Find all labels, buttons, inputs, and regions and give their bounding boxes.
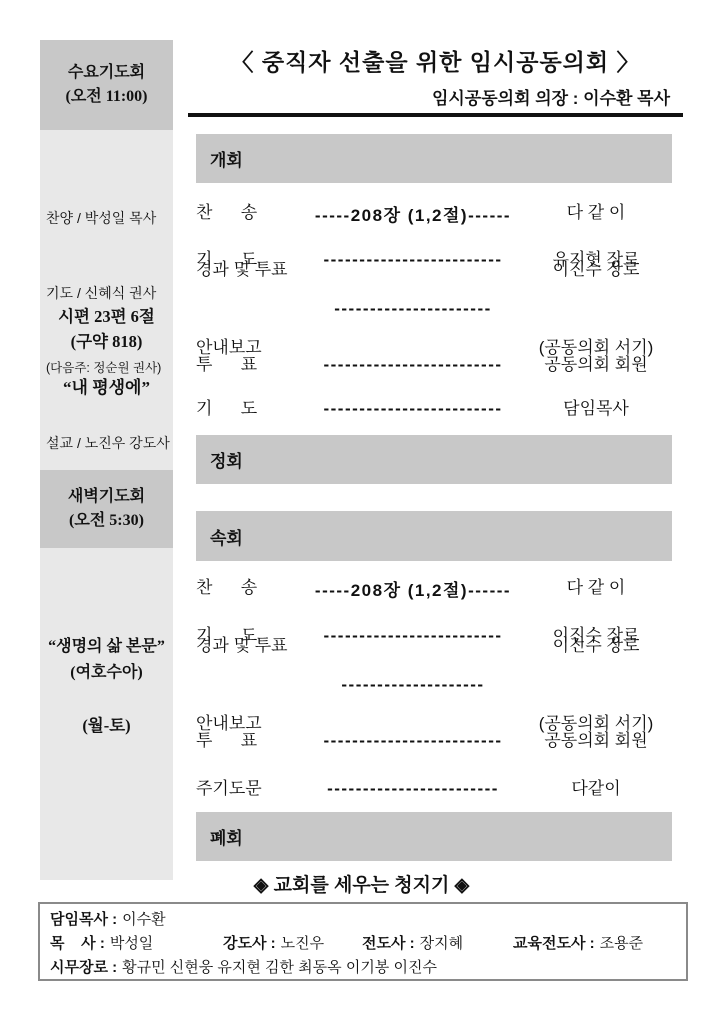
staff-label: 전도사 : [362,935,415,952]
order-row-report: 경과 및 투표 안내보고 ---------------------- 이진수 … [196,283,672,335]
staff-value: 이수환 [122,911,165,928]
bulletin-page: 수요기도회 (오전 11:00) 찬양 / 박성일 목사 기도 / 신혜식 권사… [0,0,723,1024]
order-row-lords-prayer: 주기도문 ------------------------ 다같이 [196,776,672,802]
order-row-value: 이진수 장로 (공동의회 서기) [520,205,672,413]
dawn-days: (월-토) [40,712,173,736]
staff-label: 교육전도사 : [513,935,595,952]
section-bar-resume: 속회 [196,511,672,561]
order-row-dashes: -----208장 (1,2절)------ [306,576,520,601]
order-row-label: 경과 및 투표 안내보고 [196,581,306,789]
order-row-dashes: -----208장 (1,2절)------ [306,201,520,226]
staff-value: 노진우 [281,935,324,952]
order-row-value: 이진수 장로 (공동의회 서기) [520,581,672,789]
scripture-line2: (구약 818) [40,329,173,354]
steward-motto: ◈ 교회를 세우는 청지기 ◈ [0,870,723,897]
order-row-label-line1: 경과 및 투표 [196,257,306,283]
order-row-dashes: ---------------------- [306,299,520,319]
section-bar-recess: 정회 [196,435,672,484]
order-row-label: 경과 및 투표 안내보고 [196,205,306,413]
order-row-label: 투 표 [196,728,306,754]
scripture-reference: 시편 23편 6절 (구약 818) [40,304,173,354]
dawn-reading-line2: (여호수아) [40,660,173,686]
role-sermon: 설교 / 노진우 강도사 [46,431,173,456]
order-row-report: 경과 및 투표 안내보고 -------------------- 이진수 장로… [196,659,672,711]
dawn-reading: “생명의 삶 본문” (여호수아) [40,634,173,686]
staff-row-ministers: 목 사 :박성일 강도사 :노진우 전도사 :장지혜 교육전도사 :조용준 [50,932,686,956]
dawn-prayer-title: 새벽기도회 [68,485,145,509]
order-row-dashes: -------------------- [306,675,520,695]
sidebar: 수요기도회 (오전 11:00) 찬양 / 박성일 목사 기도 / 신혜식 권사… [40,40,173,880]
staff-label: 시무장로 : [50,959,117,976]
order-row-dashes: ------------------------ [306,779,520,799]
order-row-label: 투 표 [196,352,306,378]
order-row-value-line1: 이진수 장로 [520,257,672,283]
order-row-vote: 투 표 ------------------------- 공동의회 회원 [196,728,672,754]
order-row-value: 담임목사 [520,396,672,422]
staff-label: 강도사 : [223,935,276,952]
order-row-dashes: ------------------------- [306,250,520,270]
order-row-value: 공동의회 회원 [520,728,672,754]
staff-box: 담임목사 :이수환 목 사 :박성일 강도사 :노진우 전도사 :장지혜 교육전… [38,902,688,981]
staff-value: 장지혜 [420,935,463,952]
section-bar-opening: 개회 [196,134,672,183]
moderator-line: 임시공동의회 의장 : 이수환 목사 [188,84,670,109]
order-row-label-line1: 경과 및 투표 [196,633,306,659]
hymn-quote: “내 평생에” [40,373,173,398]
staff-row-senior-pastor: 담임목사 :이수환 [50,908,686,932]
wednesday-prayer-title: 수요기도회 [68,61,145,85]
order-row-value: 다같이 [520,776,672,802]
order-row-dashes: ------------------------- [306,399,520,419]
dawn-prayer-time: (오전 5:30) [69,509,144,533]
staff-label: 목 사 : [50,935,105,952]
dawn-prayer-header: 새벽기도회 (오전 5:30) [40,470,173,548]
wednesday-prayer-time: (오전 11:00) [65,85,147,109]
role-prayer: 기도 / 신혜식 권사 [46,281,173,306]
dawn-reading-line1: “생명의 삶 본문” [40,634,173,660]
order-row-label: 기 도 [196,396,306,422]
order-row-value-line1: 이진수 장로 [520,633,672,659]
order-row-label: 주기도문 [196,776,306,802]
order-row-prayer2: 기 도 ------------------------- 담임목사 [196,396,672,422]
order-row-dashes: ------------------------- [306,355,520,375]
order-row-vote: 투 표 ------------------------- 공동의회 회원 [196,352,672,378]
order-row-dashes: ------------------------- [306,626,520,646]
scripture-line1: 시편 23편 6절 [40,304,173,329]
wednesday-prayer-header: 수요기도회 (오전 11:00) [40,40,173,130]
staff-value: 박성일 [110,935,153,952]
staff-value: 조용준 [600,935,643,952]
order-row-value: 공동의회 회원 [520,352,672,378]
header-rule [188,113,683,117]
staff-value: 황규민 신현웅 유지현 김한 최동옥 이기봉 이진수 [122,959,437,976]
order-row-dashes: ------------------------- [306,731,520,751]
page-title: 〈 중직자 선출을 위한 임시공동의회 〉 [188,44,683,77]
staff-row-elders: 시무장로 :황규민 신현웅 유지현 김한 최동옥 이기봉 이진수 [50,956,686,980]
role-praise: 찬양 / 박성일 목사 [46,206,173,231]
section-bar-closing: 폐회 [196,812,672,861]
staff-label: 담임목사 : [50,911,117,928]
